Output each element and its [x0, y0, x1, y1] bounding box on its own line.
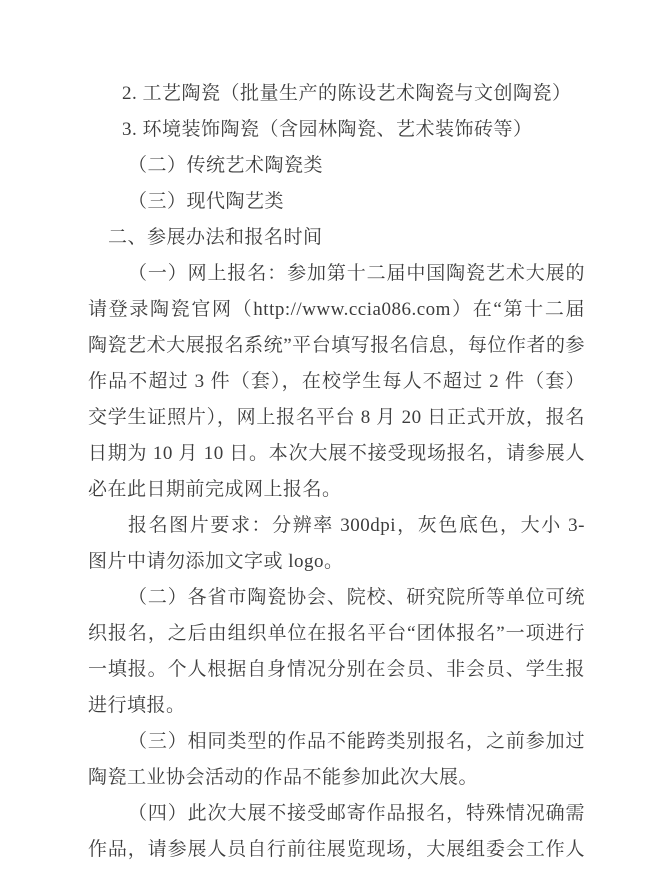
paragraph-mailing-rule-line: 作品，请参展人员自行前往展览现场，大展组委会工作人员不: [88, 832, 585, 868]
paragraph-online-signup-line: 必在此日期前完成网上报名。: [88, 472, 585, 508]
document-page: 2. 工艺陶瓷（批量生产的陈设艺术陶瓷与文创陶瓷） 3. 环境装饰陶瓷（含园林陶…: [0, 0, 672, 887]
paragraph-online-signup-line: （一）网上报名：参加第十二届中国陶瓷艺术大展的人员: [88, 256, 585, 292]
document-body: 2. 工艺陶瓷（批量生产的陈设艺术陶瓷与文创陶瓷） 3. 环境装饰陶瓷（含园林陶…: [88, 76, 585, 868]
paragraph-image-specs-line: 图片中请勿添加文字或 logo。: [88, 544, 585, 580]
list-item-env-ceramics: 3. 环境装饰陶瓷（含园林陶瓷、艺术装饰砖等）: [88, 112, 585, 148]
category-modern-ceramics: （三）现代陶艺类: [88, 184, 585, 220]
list-item-craft-ceramics: 2. 工艺陶瓷（批量生产的陈设艺术陶瓷与文创陶瓷）: [88, 76, 585, 112]
paragraph-online-signup-line: 请登录陶瓷官网（http://www.ccia086.com）在“第十二届中国: [88, 292, 585, 328]
paragraph-online-signup-line: 日期为 10 月 10 日。本次大展不接受现场报名，请参展人员务: [88, 436, 585, 472]
paragraph-group-signup-line: 一填报。个人根据自身情况分别在会员、非会员、学生报名栏: [88, 652, 585, 688]
paragraph-online-signup-line: 作品不超过 3 件（套），在校学生每人不超过 2 件（套）（需提: [88, 364, 585, 400]
paragraph-online-signup-line: 交学生证照片），网上报名平台 8 月 20 日正式开放，报名截止: [88, 400, 585, 436]
paragraph-category-rule-line: 陶瓷工业协会活动的作品不能参加此次大展。: [88, 760, 585, 796]
paragraph-category-rule-line: （三）相同类型的作品不能跨类别报名，之前参加过中国: [88, 724, 585, 760]
paragraph-group-signup-line: （二）各省市陶瓷协会、院校、研究院所等单位可统一组: [88, 580, 585, 616]
category-traditional-art: （二）传统艺术陶瓷类: [88, 148, 585, 184]
section-heading-registration: 二、参展办法和报名时间: [88, 220, 585, 256]
paragraph-image-specs-line: 报名图片要求：分辨率 300dpi，灰色底色，大小 3-5M，: [88, 508, 585, 544]
paragraph-group-signup-line: 织报名，之后由组织单位在报名平台“团体报名”一项进行统: [88, 616, 585, 652]
paragraph-online-signup-line: 陶瓷艺术大展报名系统”平台填写报名信息，每位作者的参展: [88, 328, 585, 364]
paragraph-mailing-rule-line: （四）此次大展不接受邮寄作品报名，特殊情况确需邮寄: [88, 796, 585, 832]
paragraph-group-signup-line: 进行填报。: [88, 688, 585, 724]
